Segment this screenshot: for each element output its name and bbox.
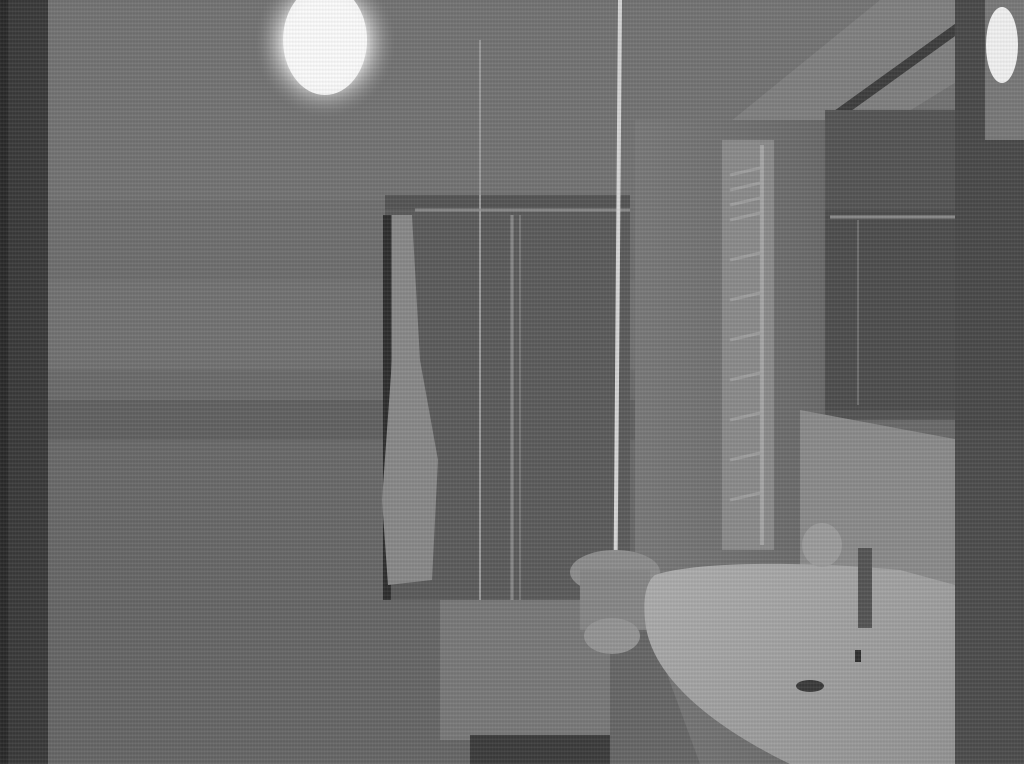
bathroom-photo: Grainy grayscale photo of a small bathro… (0, 0, 1024, 764)
mirror-cabinet (825, 110, 975, 420)
photo-scene (0, 0, 1024, 764)
towel-radiator (722, 140, 774, 550)
